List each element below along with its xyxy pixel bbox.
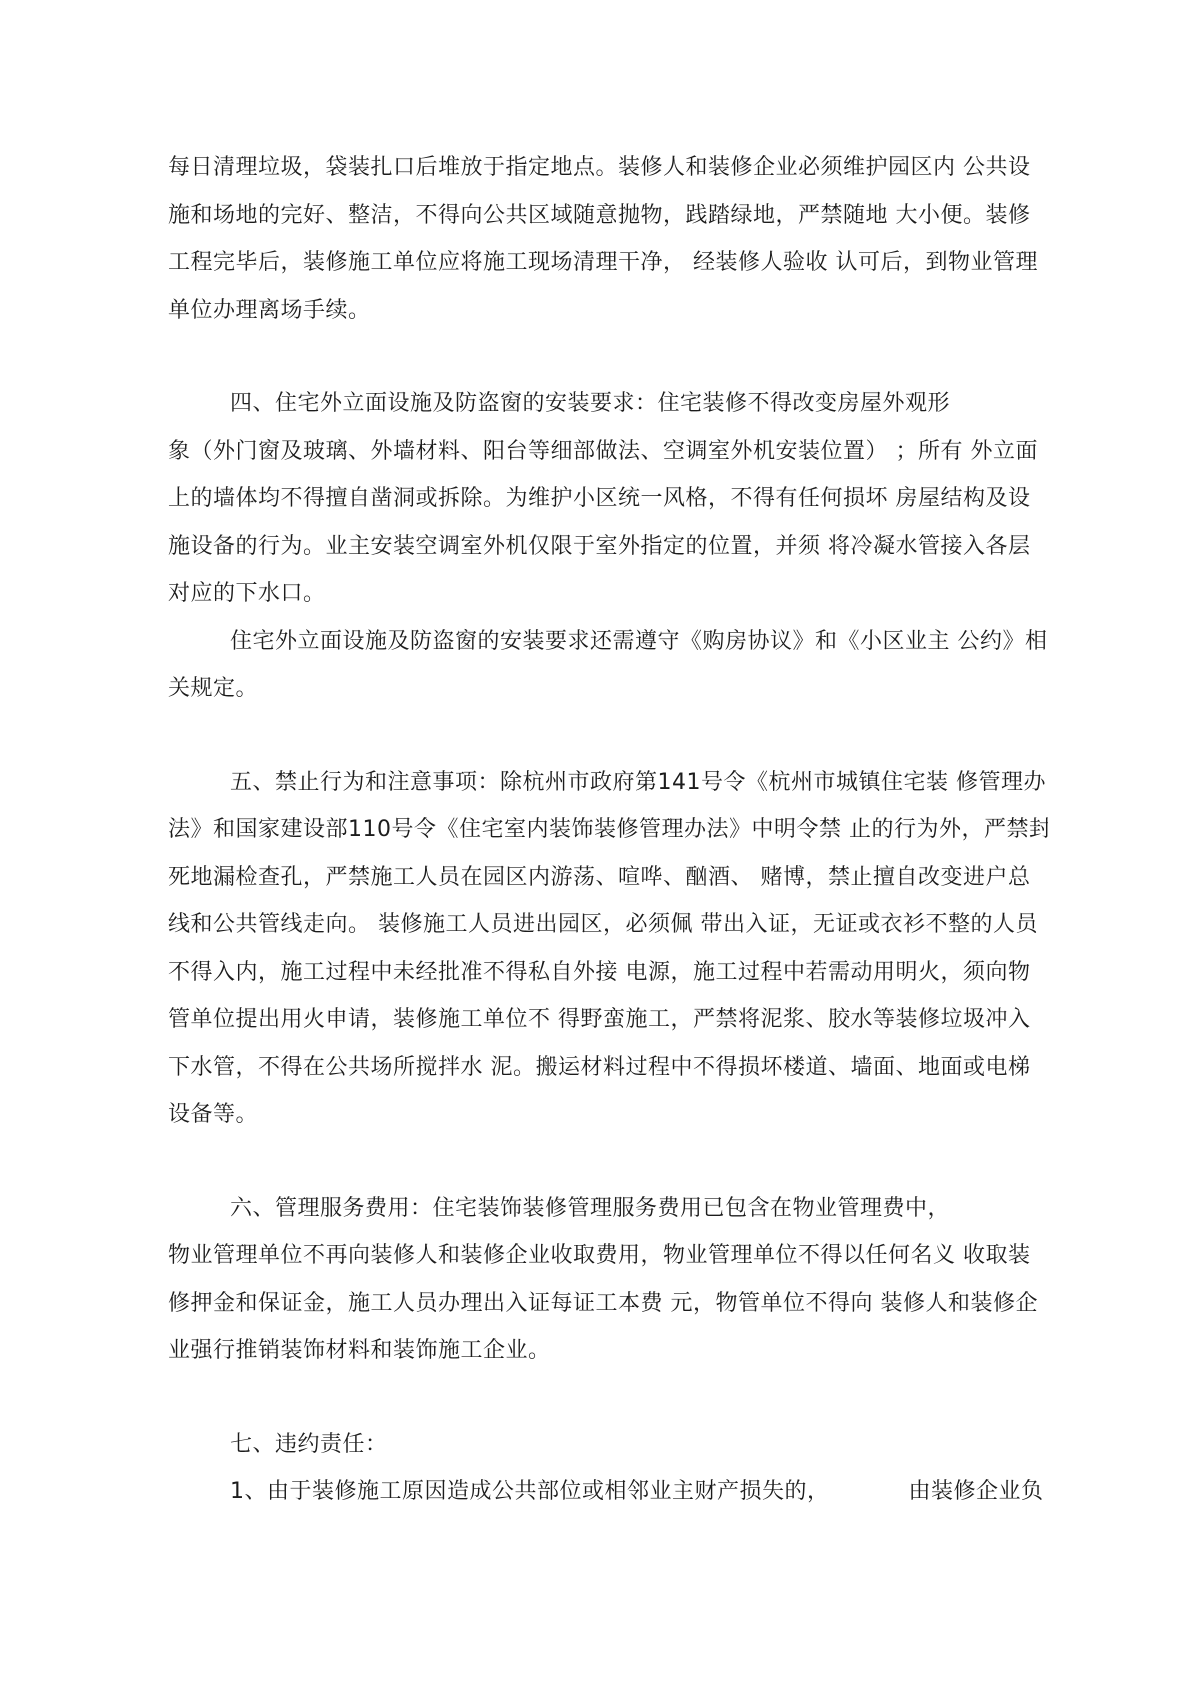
text-line: 工程完毕后，装修施工单位应将施工现场清理干净， 经装修人验收 认可后，到物业管理 [168,239,1048,287]
text-line: 施设备的行为。业主安装空调室外机仅限于室外指定的位置，并须 将冷凝水管接入各层 [168,523,1048,571]
section-6-management-fees: 六、管理服务费用：住宅装饰装修管理服务费用已包含在物业管理费中，物业管理单位不再… [168,1185,1048,1375]
text-line: 对应的下水口。 [168,570,1048,618]
text-line: 五、禁止行为和注意事项：除杭州市政府第141号令《杭州市城镇住宅装 修管理办 [168,759,1048,807]
text-line: 上的墙体均不得擅自凿洞或拆除。为维护小区统一风格，不得有任何损坏 房屋结构及设 [168,475,1048,523]
text-line: 不得入内，施工过程中未经批准不得私自外接 电源，施工过程中若需动用明火，须向物 [168,949,1048,997]
text-line: 住宅外立面设施及防盗窗的安装要求还需遵守《购房协议》和《小区业主 公约》相 [168,618,1048,666]
section-5-prohibited-behavior: 五、禁止行为和注意事项：除杭州市政府第141号令《杭州市城镇住宅装 修管理办法》… [168,759,1048,1139]
text-line: 下水管，不得在公共场所搅拌水 泥。搬运材料过程中不得损坏楼道、墙面、地面或电梯 [168,1044,1048,1092]
text-line: 六、管理服务费用：住宅装饰装修管理服务费用已包含在物业管理费中， [168,1185,1048,1233]
text-line: 1、由于装修施工原因造成公共部位或相邻业主财产损失的， 由装修企业负 [168,1468,1048,1516]
text-line: 施和场地的完好、整洁，不得向公共区域随意抛物，践踏绿地，严禁随地 大小便。装修 [168,192,1048,240]
text-line: 修押金和保证金，施工人员办理出入证每证工本费 元，物管单位不得向 装修人和装修企 [168,1280,1048,1328]
text-line: 管单位提出用火申请，装修施工单位不 得野蛮施工，严禁将泥浆、胶水等装修垃圾冲入 [168,996,1048,1044]
text-line: 七、违约责任： [168,1421,1048,1469]
text-line: 业强行推销装饰材料和装饰施工企业。 [168,1327,1048,1375]
document-page: 每日清理垃圾，袋装扎口后堆放于指定地点。装修人和装修企业必须维护园区内 公共设施… [0,0,1194,1691]
text-line: 设备等。 [168,1091,1048,1139]
text-line: 物业管理单位不再向装修人和装修企业收取费用，物业管理单位不得以任何名义 收取装 [168,1232,1048,1280]
text-line: 象（外门窗及玻璃、外墙材料、阳台等细部做法、空调室外机安装位置） ；所有 外立面 [168,428,1048,476]
text-line: 死地漏检查孔，严禁施工人员在园区内游荡、喧哗、酗酒、 赌博，禁止擅自改变进户总 [168,854,1048,902]
text-line: 线和公共管线走向。 装修施工人员进出园区，必须佩 带出入证，无证或衣衫不整的人员 [168,901,1048,949]
text-line: 关规定。 [168,665,1048,713]
text-line: 法》和国家建设部110号令《住宅室内装饰装修管理办法》中明令禁 止的行为外，严禁… [168,806,1048,854]
section-4-facade-requirements: 四、住宅外立面设施及防盗窗的安装要求：住宅装修不得改变房屋外观形象（外门窗及玻璃… [168,380,1048,713]
text-line: 四、住宅外立面设施及防盗窗的安装要求：住宅装修不得改变房屋外观形 [168,380,1048,428]
section-7-breach-liability: 七、违约责任：1、由于装修施工原因造成公共部位或相邻业主财产损失的， 由装修企业… [168,1421,1048,1516]
text-line: 单位办理离场手续。 [168,287,1048,335]
paragraph-daily-cleanup: 每日清理垃圾，袋装扎口后堆放于指定地点。装修人和装修企业必须维护园区内 公共设施… [168,144,1048,334]
text-line: 每日清理垃圾，袋装扎口后堆放于指定地点。装修人和装修企业必须维护园区内 公共设 [168,144,1048,192]
